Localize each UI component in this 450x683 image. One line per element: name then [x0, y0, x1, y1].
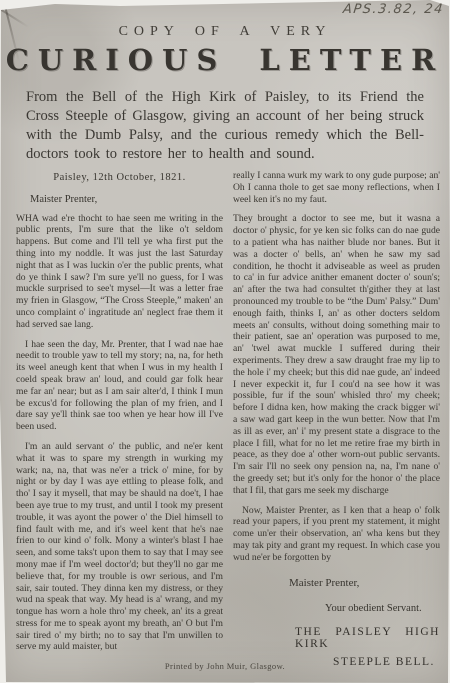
paragraph: WHA wad e're thocht to hae seen me writi… — [16, 213, 223, 331]
closing-addressee: Maister Prenter, — [233, 578, 440, 590]
left-column: Paisley, 12th October, 1821. Maister Pre… — [16, 170, 223, 658]
letter-summary: From the Bell of the High Kirk of Paisle… — [26, 88, 424, 164]
page-title: CURIOUS LETTER — [0, 43, 450, 77]
paragraph: I'm an auld servant o' the public, and n… — [16, 441, 223, 653]
paragraph: They brought a doctor to see me, but it … — [233, 213, 440, 496]
letter-closing: Maister Prenter, Your obedient Servant. … — [233, 578, 440, 669]
title-kicker: COPY OF A VERY — [0, 24, 450, 40]
paragraph: really I canna wurk my wark to ony gude … — [233, 170, 440, 205]
paragraph: Now, Maister Prenter, as I ken that a he… — [233, 505, 440, 564]
dateline: Paisley, 12th October, 1821. — [16, 172, 223, 184]
right-column: really I canna wurk my wark to ony gude … — [233, 170, 440, 658]
scan-background: APS.3.82, 24 COPY OF A VERY CURIOUS LETT… — [0, 0, 450, 683]
printer-imprint: Printed by John Muir, Glasgow. — [0, 661, 450, 671]
archive-annotation: APS.3.82, 24 — [342, 2, 444, 17]
paragraph: I hae seen the day, Mr. Prenter, that I … — [16, 339, 223, 433]
signature-line-1: THE PAISLEY HIGH KIRK — [233, 627, 440, 651]
broadside-paper: APS.3.82, 24 COPY OF A VERY CURIOUS LETT… — [0, 0, 450, 683]
closing-valediction: Your obedient Servant. — [233, 603, 440, 615]
salutation: Maister Prenter, — [16, 194, 223, 206]
letter-body: Paisley, 12th October, 1821. Maister Pre… — [16, 170, 440, 658]
